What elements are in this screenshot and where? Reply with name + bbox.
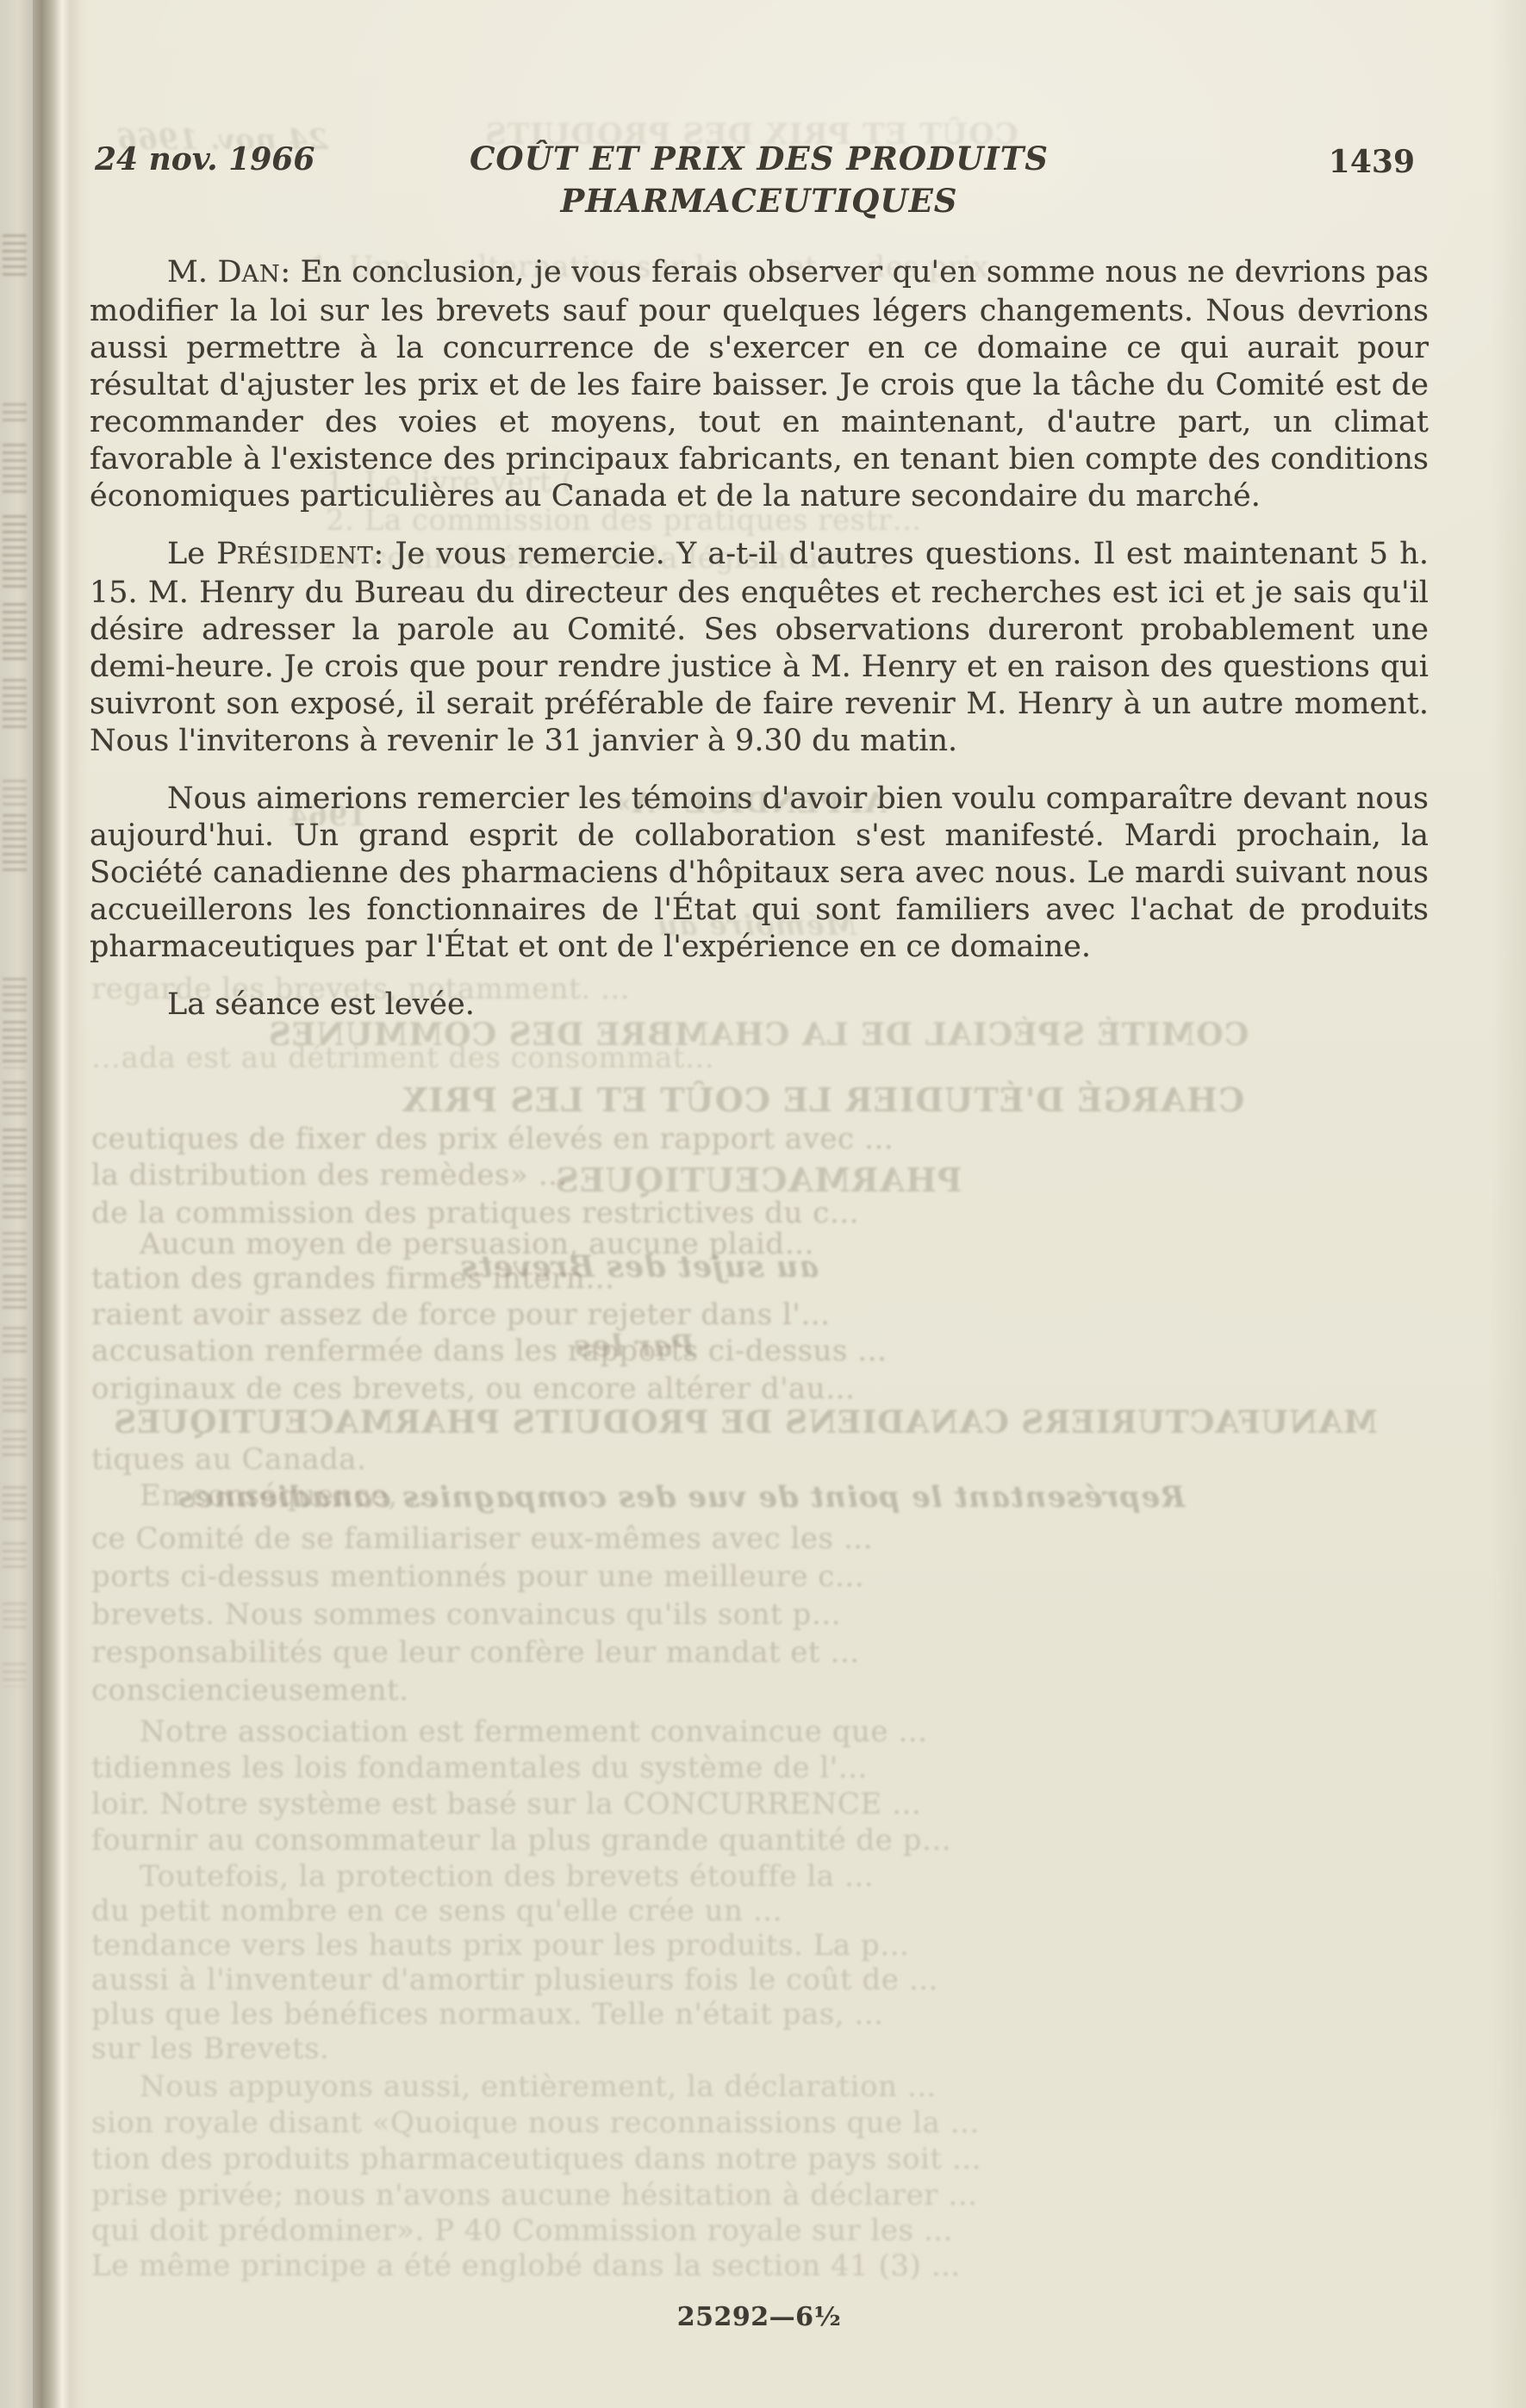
printed-content: 24 nov. 1966 COÛT ET PRIX DES PRODUITS P… — [0, 0, 1526, 2408]
paragraph: Nous aimerions remercier les témoins d'a… — [90, 781, 1429, 966]
small-caps-text: RÉSIDENT — [237, 543, 374, 569]
header-page-number: 1439 — [1329, 144, 1415, 180]
text-run: Le P — [167, 537, 237, 571]
text-run: Nous aimerions remercier les témoins d'a… — [90, 781, 1429, 964]
transcript-body: M. DAN: En conclusion, je vous ferais ob… — [90, 254, 1429, 1044]
text-run: : En conclusion, je vous ferais observer… — [90, 255, 1429, 513]
header-title-line1: COÛT ET PRIX DES PRODUITS — [90, 140, 1429, 177]
text-run: M. D — [167, 255, 242, 289]
text-run: La séance est levée. — [167, 987, 475, 1022]
text-run: : Je vous remercie. Y a-t-il d'autres qu… — [90, 537, 1429, 758]
header-title-line2: PHARMACEUTIQUES — [90, 182, 1429, 220]
paragraph: M. DAN: En conclusion, je vous ferais ob… — [90, 254, 1429, 515]
footer-print-code: 25292—6½ — [90, 2302, 1429, 2332]
scanned-document-page: 1. Une … alternative sur les … et … des … — [0, 0, 1526, 2408]
small-caps-text: AN — [242, 261, 281, 288]
paragraph: La séance est levée. — [90, 986, 1429, 1024]
paragraph: Le PRÉSIDENT: Je vous remercie. Y a-t-il… — [90, 536, 1429, 760]
